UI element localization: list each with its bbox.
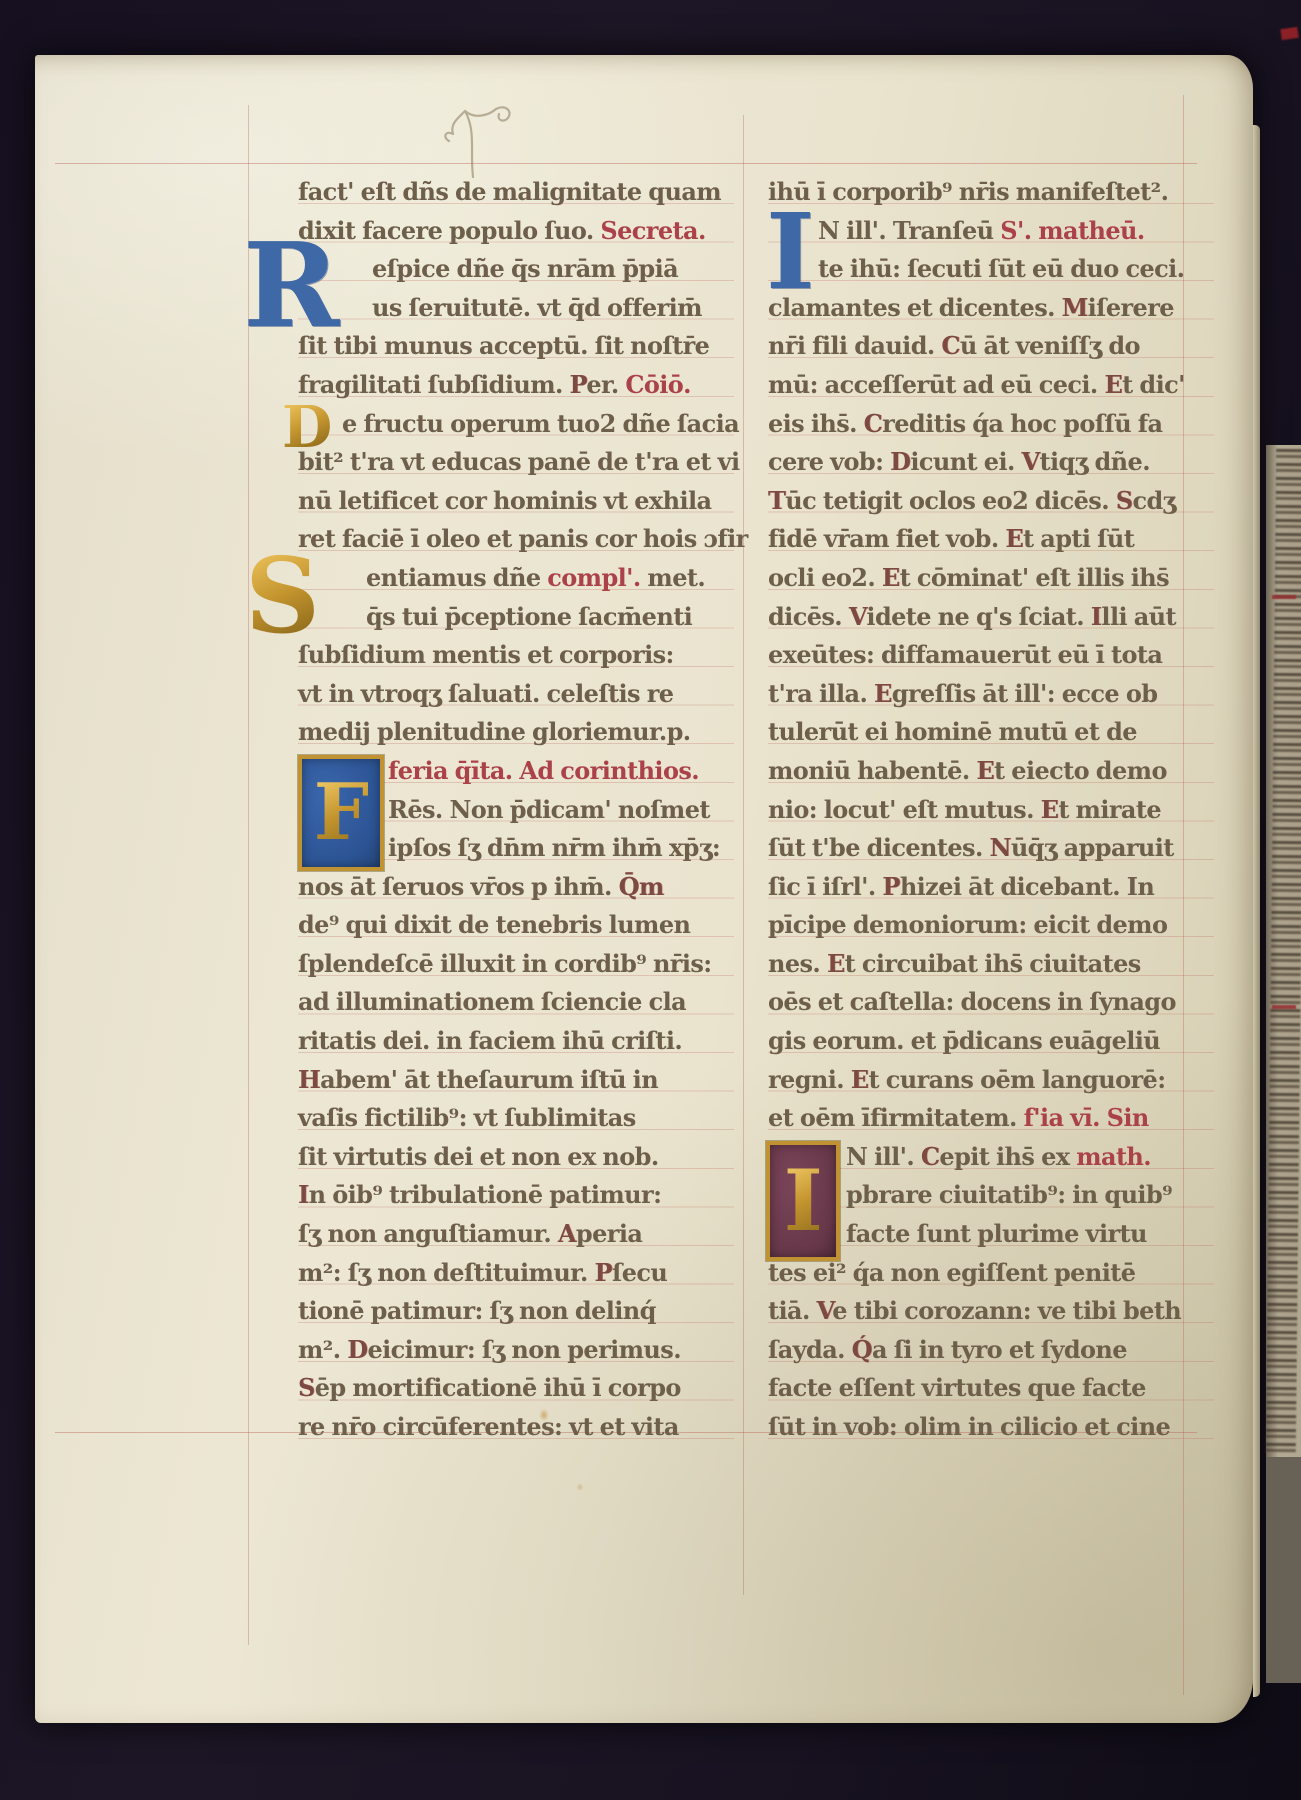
body-text: t'ra illa. (768, 679, 874, 708)
body-text: re nr̄o circūferentes: vt et vita (298, 1412, 679, 1441)
text-line: ihū ī corporib⁹ nr̄is manifeſtet². (768, 173, 1214, 212)
text-line: tiā. Ve tibi corozann: ve tibi beth (768, 1292, 1214, 1331)
text-line: eis ihs̄. Creditis q́a hoc poſſū fa (768, 405, 1214, 444)
text-line: regni. Et curans oēm languorē: (768, 1061, 1214, 1100)
text-line: Habem' āt theſaurum iſtū in (298, 1061, 734, 1100)
text-line: ſūt in vob: olim in cilicio et cine (768, 1408, 1214, 1447)
body-text: tiā. (768, 1296, 816, 1325)
body-text: et oēm īfirmitatem. (768, 1103, 1024, 1132)
body-text: t cōminat' eſt illis ihs̄ (900, 563, 1169, 592)
adjacent-folio-edge (1266, 445, 1301, 1457)
body-text: e fructu operum tuo2 dñe ſacia (342, 409, 739, 438)
body-text: C (921, 1142, 940, 1171)
body-text: ret faciē ī oleo et panis cor hois ɔfir (298, 524, 748, 553)
initial-glyph: R (243, 240, 361, 332)
rubric-text: Secreta. (600, 216, 705, 245)
body-text: te ihū: ſecuti ſūt eū duo ceci. (818, 254, 1184, 283)
pen-flourish-icon (413, 89, 533, 179)
body-text: ū āt veniſſʒ do (960, 331, 1140, 360)
text-line: m²: ſʒ non deſtituimur. Pſecu (298, 1254, 734, 1293)
body-text: regni. (768, 1065, 851, 1094)
body-text: eicimur: ſʒ non perimus. (367, 1335, 681, 1364)
text-line: et oēm īfirmitatem. f'ia vī. Sin (768, 1099, 1214, 1138)
body-text: ſayda. (768, 1335, 852, 1364)
body-text: bit² t'ra vt educas panē de t'ra et vi (298, 447, 740, 476)
text-line: clamantes et dicentes. Miſerere (768, 289, 1214, 328)
body-text: medij plenitudine gloriemur.p. (298, 717, 691, 746)
text-line: ſayda. Q́a ſi in tyro et ſydone (768, 1331, 1214, 1370)
text-line: ad illuminationem ſciencie cla (298, 983, 734, 1022)
body-text: iſerere (1088, 293, 1174, 322)
body-text: ſecu (612, 1258, 667, 1287)
illuminated-initial-i: I (766, 1141, 840, 1261)
body-text: nes. (768, 949, 827, 978)
text-line: nio: locut' eſt mutus. Et mirate (768, 791, 1214, 830)
text-line: fidē vr̄am fiet vob. Et apti ſūt (768, 520, 1214, 559)
body-text: P (595, 1258, 612, 1287)
text-line: ſʒ non anguſtiamur. Aperia (298, 1215, 734, 1254)
text-line: exeūtes: diffamauerūt eū ī tota (768, 636, 1214, 675)
rubric-text: math. (1076, 1142, 1151, 1171)
body-text: S (1116, 486, 1133, 515)
body-text: P (882, 872, 899, 901)
body-text: A (558, 1219, 576, 1248)
body-text: ocli eo2. (768, 563, 882, 592)
body-text: E (1104, 370, 1122, 399)
rubric-text: Cōiō. (625, 370, 691, 399)
body-text: tes ei² q́a non egiſſent penitē (768, 1258, 1135, 1287)
body-text: vt in vtroqʒ ſaluati. celeſtis re (298, 679, 673, 708)
text-line: oēs et caſtella: docens in ſynago (768, 983, 1214, 1022)
adjacent-folio-rubric-mark (1272, 1005, 1296, 1009)
initial-glyph: F (314, 774, 369, 852)
text-line: vt in vtroqʒ ſaluati. celeſtis re (298, 675, 734, 714)
body-text: de⁹ qui dixit de tenebris lumen (298, 910, 690, 939)
ruling-line-top (55, 163, 1197, 164)
body-text: a ſi in tyro et ſydone (872, 1335, 1127, 1364)
body-text: abem' āt theſaurum iſtū in (320, 1065, 658, 1094)
body-text: tiqʒ dñe. (1040, 447, 1150, 476)
text-line: q̄s tui p̄ceptione ſacm̄enti (298, 598, 734, 637)
body-text: ſūt in vob: olim in cilicio et cine (768, 1412, 1170, 1441)
body-text: dicēs. (768, 602, 849, 631)
body-text: D (890, 447, 910, 476)
body-text: E (1041, 795, 1059, 824)
body-text: t dic' (1122, 370, 1185, 399)
body-text: pbrare ciuitatib⁹: in quib⁹ (846, 1180, 1172, 1209)
adjacent-folio-text (1266, 449, 1301, 1453)
body-text: E (827, 949, 845, 978)
body-text: D (347, 1335, 367, 1364)
text-line: eſpice dñe q̄s nrām p̄piā (298, 250, 734, 289)
text-line: nr̄i fili dauid. Cū āt veniſſʒ do (768, 327, 1214, 366)
body-text: H (298, 1065, 320, 1094)
illuminated-initial-f: F (298, 755, 384, 871)
body-text: n ōib⁹ tribulationē patimur: (309, 1180, 662, 1209)
text-line: In ōib⁹ tribulationē patimur: (298, 1176, 734, 1215)
text-line: ſplendeſcē illuxit in cordib⁹ nr̄is: (298, 945, 734, 984)
body-text: ſplendeſcē illuxit in cordib⁹ nr̄is: (298, 949, 712, 978)
adjacent-folio-rubric-mark (1272, 595, 1296, 599)
body-text: greſſis āt ill': ecce ob (892, 679, 1158, 708)
body-text: V (816, 1296, 832, 1325)
text-line: t'ra illa. Egreſſis āt ill': ecce ob (768, 675, 1214, 714)
text-line: ret faciē ī oleo et panis cor hois ɔfir (298, 520, 734, 559)
body-text: fidē vr̄am fiet vob. (768, 524, 1005, 553)
body-text: ſit virtutis dei et non ex nob. (298, 1142, 659, 1171)
body-text: m²: ſʒ non deſtituimur. (298, 1258, 595, 1287)
body-text: N ill'. Tranſeū (818, 216, 1000, 245)
text-line: medij plenitudine gloriemur.p. (298, 713, 734, 752)
text-line: us ſeruitutē. vt q̄d offerim̄ (298, 289, 734, 328)
text-column-right: IIihū ī corporib⁹ nr̄is manifeſtet².N il… (768, 173, 1214, 1451)
body-text: Rēs. Non p̄dicam' noſmet (388, 795, 710, 824)
body-text: ſʒ non anguſtiamur. (298, 1219, 558, 1248)
text-line: ſic ī iſrl'. Phizei āt dicebant. In (768, 868, 1214, 907)
binding-red-mark (1280, 27, 1298, 40)
body-text: idete ne q's ſciat. (866, 602, 1090, 631)
text-line: entiamus dñe compl'. met. (298, 559, 734, 598)
body-text: vaſis fictilib⁹: vt ſublimitas (298, 1103, 636, 1132)
body-text: entiamus dñe (366, 563, 547, 592)
body-text: C (941, 331, 960, 360)
text-line: N ill'. Tranſeū S'. matheū. (768, 212, 1214, 251)
text-line: e fructu operum tuo2 dñe ſacia (298, 405, 734, 444)
body-text: tionē patimur: ſʒ non delinq́ (298, 1296, 656, 1325)
body-text: mū: acceſſerūt ad eū ceci. (768, 370, 1104, 399)
text-line: ritatis dei. in faciem ihū criſti. (298, 1022, 734, 1061)
body-text: ūc tetigit oclos eo2 dicēs. (785, 486, 1115, 515)
body-text: met. (641, 563, 705, 592)
body-text: ſit tibi munus acceptū. ſit noſtr̄e (298, 331, 709, 360)
text-line: dicēs. Videte ne q's ſciat. Illi aūt (768, 598, 1214, 637)
body-text: t apti ſūt (1023, 524, 1134, 553)
body-text: N ill'. (846, 1142, 921, 1171)
rubric-text: S'. matheū. (1000, 216, 1144, 245)
body-text: fragilitati ſubſidium. (298, 370, 570, 399)
body-text: eis ihs̄. (768, 409, 864, 438)
text-line: ſūt t'be dicentes. Nūq̄ʒ apparuit (768, 829, 1214, 868)
text-line: gis eorum. et p̄dicans euāgeliū (768, 1022, 1214, 1061)
body-text: Q́ (852, 1335, 872, 1364)
body-text: facte ſunt plurime virtu (846, 1219, 1147, 1248)
body-text: cere vob: (768, 447, 890, 476)
text-line: facte eſſent virtutes que facte (768, 1369, 1214, 1408)
body-text: er. (586, 370, 625, 399)
body-text: tulerūt ei hominē mutū et de (768, 717, 1137, 746)
body-text: t circuibat ihs̄ ciuitates (845, 949, 1141, 978)
body-text: P (570, 370, 587, 399)
text-line: ſubſidium mentis et corporis: (298, 636, 734, 675)
body-text: C (864, 409, 883, 438)
body-text: E (851, 1065, 869, 1094)
text-line: moniū habentē. Et eiecto demo (768, 752, 1214, 791)
text-line: cere vob: Dicunt ei. Vtiqʒ dñe. (768, 443, 1214, 482)
body-text: icunt ei. (910, 447, 1021, 476)
body-text: E (874, 679, 892, 708)
body-text: ad illuminationem ſciencie cla (298, 987, 686, 1016)
body-text: hizei āt dicebant. In (900, 872, 1154, 901)
body-text: nos āt ſeruos vr̄os p ihm̄. (298, 872, 619, 901)
body-text: oēs et caſtella: docens in ſynago (768, 987, 1176, 1016)
text-line: ſit virtutis dei et non ex nob. (298, 1138, 734, 1177)
body-text: T (768, 486, 785, 515)
body-text: ihū ī corporib⁹ nr̄is manifeſtet². (768, 177, 1168, 206)
text-line: m². Deicimur: ſʒ non perimus. (298, 1331, 734, 1370)
initial-glyph: I (784, 1159, 823, 1243)
body-text: us ſeruitutē. vt q̄d offerim̄ (372, 293, 702, 322)
rubric-text: f'ia vī. Sin (1024, 1103, 1149, 1132)
body-text: ūq̄ʒ apparuit (1011, 833, 1174, 862)
manuscript-page: RDSFfact' eſt dñs de malignitate quamdix… (35, 55, 1253, 1723)
adjacent-folio-edge-lower (1266, 1457, 1301, 1683)
body-text: M (1062, 293, 1088, 322)
text-line: nū letificet cor hominis vt exhila (298, 482, 734, 521)
text-line: mū: acceſſerūt ad eū ceci. Et dic' (768, 366, 1214, 405)
text-line: de⁹ qui dixit de tenebris lumen (298, 906, 734, 945)
body-text: t curans oēm languorē: (868, 1065, 1165, 1094)
body-text: moniū habentē. (768, 756, 976, 785)
text-line: tionē patimur: ſʒ non delinq́ (298, 1292, 734, 1331)
text-line: nes. Et circuibat ihs̄ ciuitates (768, 945, 1214, 984)
text-line: fact' eſt dñs de malignitate quam (298, 173, 734, 212)
illuminated-initial-i: I (766, 204, 812, 300)
body-text: eſpice dñe q̄s nrām p̄piā (372, 254, 678, 283)
body-text: peria (576, 1219, 642, 1248)
body-text: ſic ī iſrl'. (768, 872, 882, 901)
text-line: tulerūt ei hominē mutū et de (768, 713, 1214, 752)
body-text: cdʒ (1132, 486, 1175, 515)
body-text: e tibi corozann: ve tibi beth (832, 1296, 1181, 1325)
body-text: E (976, 756, 994, 785)
body-text: t mirate (1058, 795, 1161, 824)
body-text: ritatis dei. in faciem ihū criſti. (298, 1026, 682, 1055)
body-text: q̄s tui p̄ceptione ſacm̄enti (366, 602, 692, 631)
body-text: m². (298, 1335, 347, 1364)
initial-glyph: S (245, 553, 320, 639)
body-text: gis eorum. et p̄dicans euāgeliū (768, 1026, 1160, 1055)
text-line: bit² t'ra vt educas panē de t'ra et vi (298, 443, 734, 482)
body-text: epit ihs̄ ex (939, 1142, 1076, 1171)
initial-glyph: I (766, 204, 812, 300)
body-text: I (298, 1180, 309, 1209)
body-text: t eiecto demo (994, 756, 1167, 785)
body-text: S (298, 1373, 315, 1402)
body-text: lli aūt (1101, 602, 1176, 631)
text-line: te ihū: ſecuti ſūt eū duo ceci. (768, 250, 1214, 289)
body-text: E (882, 563, 900, 592)
text-line: nos āt ſeruos vr̄os p ihm̄. Q̄m (298, 868, 734, 907)
body-text: ſubſidium mentis et corporis: (298, 640, 674, 669)
body-text: V (1022, 447, 1040, 476)
rubric-text: compl'. (547, 563, 640, 592)
body-text: I (1091, 602, 1102, 631)
body-text: exeūtes: diffamauerūt eū ī tota (768, 640, 1162, 669)
body-text: Q̄m (619, 872, 664, 901)
body-text: reditis q́a hoc poſſū fa (882, 409, 1162, 438)
text-line: fragilitati ſubſidium. Per. Cōiō. (298, 366, 734, 405)
body-text: fact' eſt dñs de malignitate quam (298, 177, 721, 206)
body-text: ēp mortificationē ihū ī corpo (315, 1373, 681, 1402)
text-line: re nr̄o circūferentes: vt et vita (298, 1408, 734, 1447)
illuminated-initial-s: S (245, 553, 320, 639)
body-text: N (989, 833, 1010, 862)
text-column-left: RDSFfact' eſt dñs de malignitate quamdix… (298, 173, 734, 1451)
body-text: nū letificet cor hominis vt exhila (298, 486, 711, 515)
body-text: ipſos ſʒ dn̄m nr̄m ihm̄ xp̄ʒ: (388, 833, 720, 862)
body-text: nio: locut' eſt mutus. (768, 795, 1041, 824)
body-text: V (849, 602, 867, 631)
body-text: nr̄i fili dauid. (768, 331, 941, 360)
text-line: ocli eo2. Et cōminat' eſt illis ihs̄ (768, 559, 1214, 598)
text-line: dixit facere populo ſuo. Secreta. (298, 212, 734, 251)
body-text: facte eſſent virtutes que facte (768, 1373, 1146, 1402)
rubric-text: feria q̄īta. Ad corinthios. (388, 756, 699, 785)
text-line: Sēp mortificationē ihū ī corpo (298, 1369, 734, 1408)
illuminated-initial-d: D (282, 405, 332, 449)
text-line: vaſis fictilib⁹: vt ſublimitas (298, 1099, 734, 1138)
manuscript-photo: RDSFfact' eſt dñs de malignitate quamdix… (0, 0, 1301, 1800)
text-line: ſit tibi munus acceptū. ſit noſtr̄e (298, 327, 734, 366)
body-text: ſūt t'be dicentes. (768, 833, 989, 862)
text-line: Tūc tetigit oclos eo2 dicēs. Scdʒ (768, 482, 1214, 521)
text-line: pīcipe demoniorum: eicit demo (768, 906, 1214, 945)
ruling-line-gutter (743, 115, 744, 1595)
illuminated-initial-r: R (243, 240, 361, 332)
body-text: pīcipe demoniorum: eicit demo (768, 910, 1167, 939)
body-text: E (1005, 524, 1023, 553)
initial-glyph: D (282, 405, 332, 449)
